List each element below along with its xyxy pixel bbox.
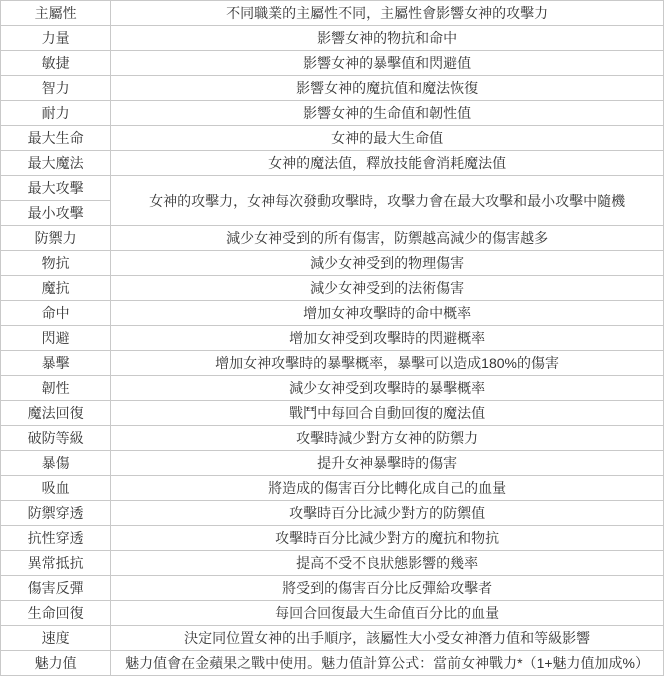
table-row: 吸血 將造成的傷害百分比轉化成自己的血量 bbox=[1, 476, 664, 501]
table-row: 魔抗 減少女神受到的法術傷害 bbox=[1, 276, 664, 301]
table-row: 速度 決定同位置女神的出手順序，該屬性大小受女神潛力值和等級影響 bbox=[1, 626, 664, 651]
attribute-name-cell: 抗性穿透 bbox=[1, 526, 111, 551]
table-row: 智力 影響女神的魔抗值和魔法恢復 bbox=[1, 76, 664, 101]
attribute-desc-cell: 攻擊時百分比減少對方的魔抗和物抗 bbox=[111, 526, 664, 551]
table-row: 閃避 增加女神受到攻擊時的閃避概率 bbox=[1, 326, 664, 351]
attribute-desc-cell: 影響女神的暴擊值和閃避值 bbox=[111, 51, 664, 76]
attribute-name-cell: 最大魔法 bbox=[1, 151, 111, 176]
attribute-desc-cell: 影響女神的物抗和命中 bbox=[111, 26, 664, 51]
table-row: 命中 增加女神攻擊時的命中概率 bbox=[1, 301, 664, 326]
attribute-name-cell: 最大生命 bbox=[1, 126, 111, 151]
table-row: 魔法回復 戰鬥中每回合自動回復的魔法值 bbox=[1, 401, 664, 426]
attribute-name-cell: 破防等級 bbox=[1, 426, 111, 451]
table-row: 異常抵抗 提高不受不良狀態影響的幾率 bbox=[1, 551, 664, 576]
table-row: 暴擊 增加女神攻擊時的暴擊概率，暴擊可以造成180%的傷害 bbox=[1, 351, 664, 376]
table-row: 防禦穿透 攻擊時百分比減少對方的防禦值 bbox=[1, 501, 664, 526]
attribute-desc-cell: 女神的魔法值，釋放技能會消耗魔法值 bbox=[111, 151, 664, 176]
table-row: 力量 影響女神的物抗和命中 bbox=[1, 26, 664, 51]
attribute-desc-cell: 將造成的傷害百分比轉化成自己的血量 bbox=[111, 476, 664, 501]
attribute-desc-cell: 減少女神受到的所有傷害，防禦越高減少的傷害越多 bbox=[111, 226, 664, 251]
attribute-name-cell: 物抗 bbox=[1, 251, 111, 276]
table-row: 物抗 減少女神受到的物理傷害 bbox=[1, 251, 664, 276]
table-row: 主屬性 不同職業的主屬性不同，主屬性會影響女神的攻擊力 bbox=[1, 1, 664, 26]
attribute-name-cell: 主屬性 bbox=[1, 1, 111, 26]
attribute-name-cell: 速度 bbox=[1, 626, 111, 651]
attribute-desc-cell: 增加女神受到攻擊時的閃避概率 bbox=[111, 326, 664, 351]
table-row: 最大魔法 女神的魔法值，釋放技能會消耗魔法值 bbox=[1, 151, 664, 176]
table-row: 傷害反彈 將受到的傷害百分比反彈給攻擊者 bbox=[1, 576, 664, 601]
attribute-name-cell: 吸血 bbox=[1, 476, 111, 501]
table-row: 耐力 影響女神的生命值和韌性值 bbox=[1, 101, 664, 126]
attribute-name-cell: 智力 bbox=[1, 76, 111, 101]
table-row: 敏捷 影響女神的暴擊值和閃避值 bbox=[1, 51, 664, 76]
attribute-name-cell: 暴擊 bbox=[1, 351, 111, 376]
attribute-desc-cell: 魅力值會在金蘋果之戰中使用。魅力值計算公式：當前女神戰力*（1+魅力值加成%） bbox=[111, 651, 664, 676]
attribute-name-cell: 最小攻擊 bbox=[1, 201, 111, 226]
attribute-desc-cell: 女神的最大生命值 bbox=[111, 126, 664, 151]
attribute-desc-cell: 減少女神受到攻擊時的暴擊概率 bbox=[111, 376, 664, 401]
attribute-desc-cell: 提升女神暴擊時的傷害 bbox=[111, 451, 664, 476]
attribute-name-cell: 異常抵抗 bbox=[1, 551, 111, 576]
attribute-name-cell: 防禦穿透 bbox=[1, 501, 111, 526]
attribute-name-cell: 命中 bbox=[1, 301, 111, 326]
attribute-desc-cell: 每回合回復最大生命值百分比的血量 bbox=[111, 601, 664, 626]
attribute-desc-cell: 攻擊時百分比減少對方的防禦值 bbox=[111, 501, 664, 526]
attribute-name-cell: 暴傷 bbox=[1, 451, 111, 476]
attribute-name-cell: 生命回復 bbox=[1, 601, 111, 626]
attribute-name-cell: 魔抗 bbox=[1, 276, 111, 301]
table-row: 暴傷 提升女神暴擊時的傷害 bbox=[1, 451, 664, 476]
table-row: 抗性穿透 攻擊時百分比減少對方的魔抗和物抗 bbox=[1, 526, 664, 551]
table-row: 最大生命 女神的最大生命值 bbox=[1, 126, 664, 151]
attribute-name-cell: 防禦力 bbox=[1, 226, 111, 251]
attribute-desc-cell: 減少女神受到的法術傷害 bbox=[111, 276, 664, 301]
attribute-desc-cell: 戰鬥中每回合自動回復的魔法值 bbox=[111, 401, 664, 426]
attribute-desc-cell: 決定同位置女神的出手順序，該屬性大小受女神潛力值和等級影響 bbox=[111, 626, 664, 651]
attribute-desc-cell: 增加女神攻擊時的命中概率 bbox=[111, 301, 664, 326]
attribute-name-cell: 敏捷 bbox=[1, 51, 111, 76]
attribute-desc-cell: 提高不受不良狀態影響的幾率 bbox=[111, 551, 664, 576]
attribute-desc-cell: 不同職業的主屬性不同，主屬性會影響女神的攻擊力 bbox=[111, 1, 664, 26]
table-row: 最大攻擊 女神的攻擊力，女神每次發動攻擊時，攻擊力會在最大攻擊和最小攻擊中隨機 bbox=[1, 176, 664, 201]
table-row: 魅力值 魅力值會在金蘋果之戰中使用。魅力值計算公式：當前女神戰力*（1+魅力值加… bbox=[1, 651, 664, 676]
attribute-name-cell: 魅力值 bbox=[1, 651, 111, 676]
attribute-desc-cell: 增加女神攻擊時的暴擊概率，暴擊可以造成180%的傷害 bbox=[111, 351, 664, 376]
attribute-desc-cell: 影響女神的魔抗值和魔法恢復 bbox=[111, 76, 664, 101]
attribute-desc-cell: 減少女神受到的物理傷害 bbox=[111, 251, 664, 276]
table-row: 破防等級 攻擊時減少對方女神的防禦力 bbox=[1, 426, 664, 451]
attribute-desc-cell: 將受到的傷害百分比反彈給攻擊者 bbox=[111, 576, 664, 601]
attribute-name-cell: 魔法回復 bbox=[1, 401, 111, 426]
attributes-table: 主屬性 不同職業的主屬性不同，主屬性會影響女神的攻擊力 力量 影響女神的物抗和命… bbox=[0, 0, 664, 676]
attribute-desc-cell-merged: 女神的攻擊力，女神每次發動攻擊時，攻擊力會在最大攻擊和最小攻擊中隨機 bbox=[111, 176, 664, 226]
attribute-name-cell: 韌性 bbox=[1, 376, 111, 401]
attribute-name-cell: 閃避 bbox=[1, 326, 111, 351]
table-row: 韌性 減少女神受到攻擊時的暴擊概率 bbox=[1, 376, 664, 401]
attribute-name-cell: 傷害反彈 bbox=[1, 576, 111, 601]
attribute-desc-cell: 影響女神的生命值和韌性值 bbox=[111, 101, 664, 126]
attribute-name-cell: 最大攻擊 bbox=[1, 176, 111, 201]
attribute-desc-cell: 攻擊時減少對方女神的防禦力 bbox=[111, 426, 664, 451]
table-row: 防禦力 減少女神受到的所有傷害，防禦越高減少的傷害越多 bbox=[1, 226, 664, 251]
table-row: 生命回復 每回合回復最大生命值百分比的血量 bbox=[1, 601, 664, 626]
attribute-name-cell: 力量 bbox=[1, 26, 111, 51]
attribute-name-cell: 耐力 bbox=[1, 101, 111, 126]
